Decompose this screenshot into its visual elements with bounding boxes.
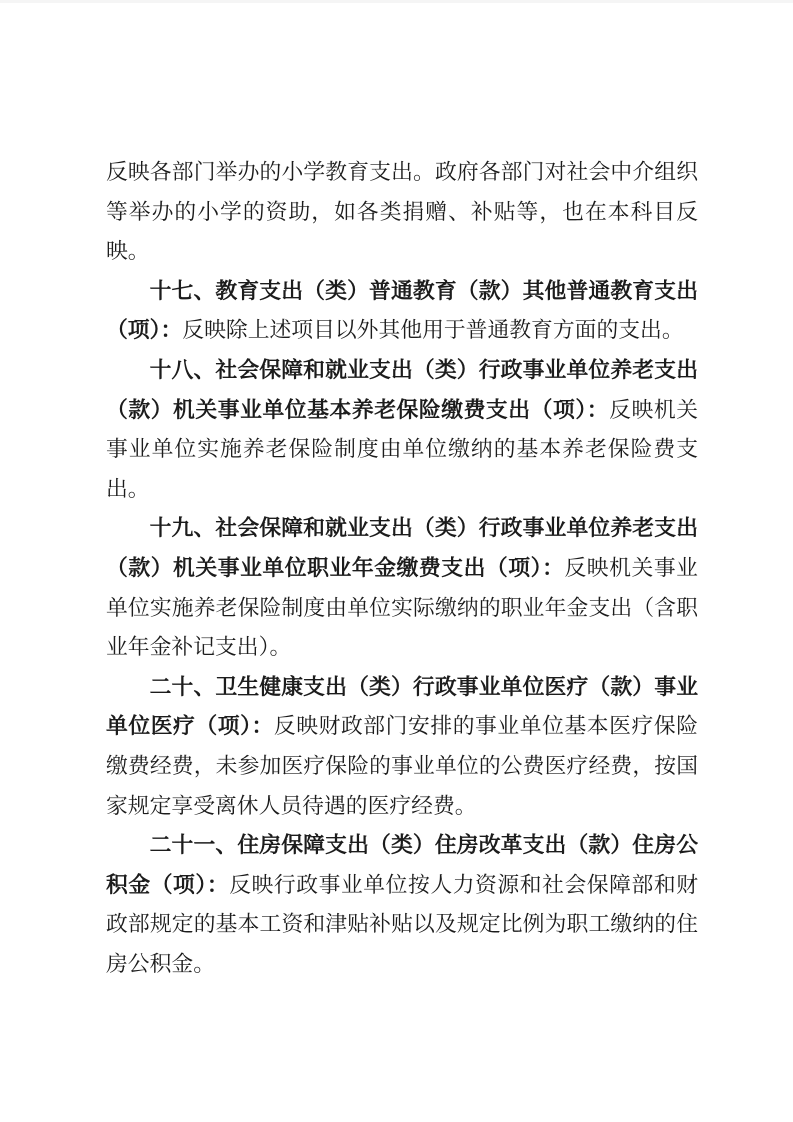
paragraph-item-17-education: 十七、教育支出（类）普通教育（款）其他普通教育支出（项）：反映除上述项目以外其他… [106,272,698,351]
paragraph-body: 反映各部门举办的小学教育支出。政府各部门对社会中介组织等举办的小学的资助，如各类… [106,160,698,263]
document-text-block: 反映各部门举办的小学教育支出。政府各部门对社会中介组织等举办的小学的资助，如各类… [106,153,698,984]
paragraph-item-19-annuity: 十九、社会保障和就业支出（类）行政事业单位养老支出（款）机关事业单位职业年金缴费… [106,509,698,667]
paragraph-item-21-housing-fund: 二十一、住房保障支出（类）住房改革支出（款）住房公积金（项）：反映行政事业单位按… [106,826,698,984]
page-top-edge [0,0,793,3]
paragraph-body: 反映除上述项目以外其他用于普通教育方面的支出。 [182,318,683,342]
document-page: 反映各部门举办的小学教育支出。政府各部门对社会中介组织等举办的小学的资助，如各类… [0,0,793,1122]
paragraph-item-18-pension-basic: 十八、社会保障和就业支出（类）行政事业单位养老支出（款）机关事业单位基本养老保险… [106,351,698,509]
paragraph-continuation-primary-education: 反映各部门举办的小学教育支出。政府各部门对社会中介组织等举办的小学的资助，如各类… [106,153,698,272]
paragraph-item-20-medical: 二十、卫生健康支出（类）行政事业单位医疗（款）事业单位医疗（项）：反映财政部门安… [106,668,698,826]
